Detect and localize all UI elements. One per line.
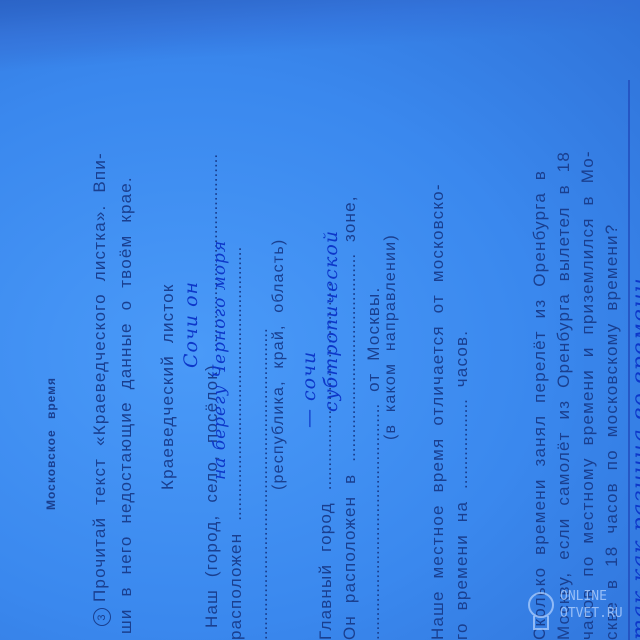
form-line-6: ........................................… (364, 287, 384, 640)
question-line-2: Москву, если самолёт из Оренбурга вылете… (554, 151, 574, 640)
form-label-located: расположен (226, 521, 245, 640)
margin-line (628, 80, 630, 640)
workbook-page: Московское время 3Прочитай текст «Краеве… (30, 20, 640, 640)
task-number-badge: 3 (93, 608, 111, 626)
hint-direction: (в каком направлении) (382, 234, 400, 440)
instruction-text-1: Прочитай текст «Краеведческого листка». … (90, 152, 109, 602)
hint-region: (республика, край, область) (270, 239, 288, 490)
form-suffix-hours: часов. (452, 330, 471, 399)
question-line-1: Сколько времени занял перелёт из Оренбур… (530, 170, 550, 640)
blank-hours[interactable]: ................... (452, 399, 471, 489)
watermark: ONLINE OTVET.RU (522, 588, 623, 622)
form-line-8: Наше местное время отличается от московс… (428, 183, 448, 640)
form-label-capital: Главный город (316, 490, 335, 640)
form-suffix-moscow: от Москвы. (364, 287, 383, 404)
blank-direction[interactable]: ........................................… (364, 404, 383, 640)
question-line-4: скве в 18 часов по московскому времени? (602, 224, 622, 640)
leaflet-title: Краеведческий листок (158, 284, 178, 490)
handwritten-answer-zone: субтропической (320, 230, 342, 412)
form-line-5: Он расположен в ........................… (340, 195, 360, 640)
blank-zone[interactable]: ........................................… (340, 254, 359, 462)
watermark-line-2: OTVET.RU (522, 605, 623, 622)
section-title: Московское время (44, 377, 58, 510)
form-label-zone: Он расположен в (340, 462, 359, 640)
instruction-line-1: 3Прочитай текст «Краеведческого листка».… (90, 152, 111, 626)
form-label-hours: го времени на (452, 489, 471, 640)
watermark-line-1: ONLINE (522, 588, 623, 605)
handwritten-answer-location: на берегу Черного моря (210, 240, 230, 480)
blank-region[interactable]: ........................................… (252, 328, 271, 640)
handwritten-answer-capital: — сочи (298, 351, 320, 428)
form-line-9: го времени на ................... часов. (452, 330, 472, 640)
form-suffix-zone: зоне, (340, 195, 359, 254)
form-line-3: ........................................… (252, 328, 272, 640)
question-line-3: часов по местному времени и приземлился … (578, 150, 598, 640)
handwritten-answer-city: Сочи он (180, 281, 202, 368)
instruction-line-2: ши в него недостающие данные о твоём кра… (116, 176, 136, 634)
